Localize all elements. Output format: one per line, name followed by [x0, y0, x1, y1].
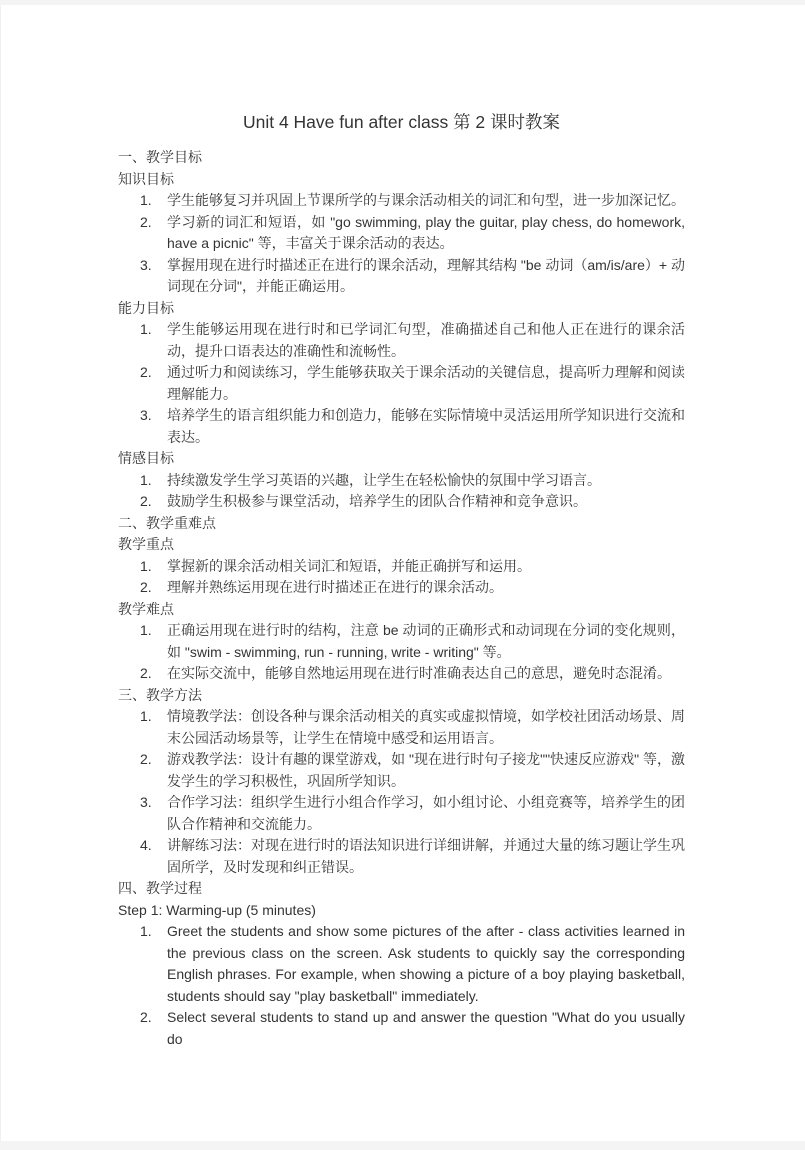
list-item-number: 1. — [140, 706, 167, 749]
list-item-text: 理解并熟练运用现在进行时描述正在进行的课余活动。 — [167, 577, 685, 599]
list-item: 2.Select several students to stand up an… — [118, 1007, 685, 1050]
list-item-number: 2. — [140, 577, 167, 599]
list-item: 1.正确运用现在进行时的结构，注意 be 动词的正确形式和动词现在分词的变化规则… — [118, 620, 685, 663]
list-item-number: 2. — [140, 491, 167, 513]
list-item-number: 1. — [140, 190, 167, 212]
list-item: 3.掌握用现在进行时描述正在进行的课余活动，理解其结构 "be 动词（am/is… — [118, 255, 685, 298]
list-item-text: 游戏教学法：设计有趣的课堂游戏，如 "现在进行时句子接龙""快速反应游戏" 等，… — [167, 749, 685, 792]
list-item: 3.合作学习法：组织学生进行小组合作学习，如小组讨论、小组竞赛等，培养学生的团队… — [118, 792, 685, 835]
list-item-number: 2. — [140, 749, 167, 792]
paragraph: 教学重点 — [118, 534, 685, 556]
list-item: 2.学习新的词汇和短语，如 "go swimming, play the gui… — [118, 212, 685, 255]
list-item: 1.学生能够运用现在进行时和已学词汇句型，准确描述自己和他人正在进行的课余活动，… — [118, 319, 685, 362]
list-item-text: 正确运用现在进行时的结构，注意 be 动词的正确形式和动词现在分词的变化规则，如… — [167, 620, 685, 663]
list-item-number: 1. — [140, 921, 167, 1007]
list-item-text: 掌握用现在进行时描述正在进行的课余活动，理解其结构 "be 动词（am/is/a… — [167, 255, 685, 298]
list-item: 2.游戏教学法：设计有趣的课堂游戏，如 "现在进行时句子接龙""快速反应游戏" … — [118, 749, 685, 792]
list-item-number: 2. — [140, 1007, 167, 1050]
list-item-number: 1. — [140, 556, 167, 578]
list-item-text: 讲解练习法：对现在进行时的语法知识进行详细讲解，并通过大量的练习题让学生巩固所学… — [167, 835, 685, 878]
list-item-number: 4. — [140, 835, 167, 878]
list-item-number: 3. — [140, 255, 167, 298]
list-item-text: Greet the students and show some picture… — [167, 921, 685, 1007]
list-item-number: 2. — [140, 362, 167, 405]
list-item-text: 学习新的词汇和短语，如 "go swimming, play the guita… — [167, 212, 685, 255]
document-body: Unit 4 Have fun after class 第 2 课时教案 一、教… — [1, 5, 805, 1050]
document-title: Unit 4 Have fun after class 第 2 课时教案 — [118, 110, 685, 134]
list-item-text: 合作学习法：组织学生进行小组合作学习，如小组讨论、小组竞赛等，培养学生的团队合作… — [167, 792, 685, 835]
list-item-number: 2. — [140, 663, 167, 685]
list-item: 2.通过听力和阅读练习，学生能够获取关于课余活动的关键信息，提高听力理解和阅读理… — [118, 362, 685, 405]
list-item-text: 情境教学法：创设各种与课余活动相关的真实或虚拟情境，如学校社团活动场景、周末公园… — [167, 706, 685, 749]
list-item-number: 2. — [140, 212, 167, 255]
paragraph: 二、教学重难点 — [118, 513, 685, 535]
list-item: 1.持续激发学生学习英语的兴趣，让学生在轻松愉快的氛围中学习语言。 — [118, 470, 685, 492]
list-item-text: 鼓励学生积极参与课堂活动，培养学生的团队合作精神和竞争意识。 — [167, 491, 685, 513]
list-item-number: 3. — [140, 792, 167, 835]
document-page: Unit 4 Have fun after class 第 2 课时教案 一、教… — [0, 5, 805, 1141]
list-item: 4.讲解练习法：对现在进行时的语法知识进行详细讲解，并通过大量的练习题让学生巩固… — [118, 835, 685, 878]
list-item-number: 1. — [140, 319, 167, 362]
list-item-number: 3. — [140, 405, 167, 448]
list-item-number: 1. — [140, 620, 167, 663]
list-item-text: Select several students to stand up and … — [167, 1007, 685, 1050]
list-item: 2.在实际交流中，能够自然地运用现在进行时准确表达自己的意思，避免时态混淆。 — [118, 663, 685, 685]
list-item-text: 在实际交流中，能够自然地运用现在进行时准确表达自己的意思，避免时态混淆。 — [167, 663, 685, 685]
paragraph: 三、教学方法 — [118, 685, 685, 707]
list-item-text: 学生能够运用现在进行时和已学词汇句型，准确描述自己和他人正在进行的课余活动，提升… — [167, 319, 685, 362]
list-item: 3.培养学生的语言组织能力和创造力，能够在实际情境中灵活运用所学知识进行交流和表… — [118, 405, 685, 448]
paragraph: 四、教学过程 — [118, 878, 685, 900]
list-item-text: 持续激发学生学习英语的兴趣，让学生在轻松愉快的氛围中学习语言。 — [167, 470, 685, 492]
list-item-text: 掌握新的课余活动相关词汇和短语，并能正确拼写和运用。 — [167, 556, 685, 578]
list-item: 1.情境教学法：创设各种与课余活动相关的真实或虚拟情境，如学校社团活动场景、周末… — [118, 706, 685, 749]
list-item-text: 学生能够复习并巩固上节课所学的与课余活动相关的词汇和句型，进一步加深记忆。 — [167, 190, 685, 212]
list-item: 1.学生能够复习并巩固上节课所学的与课余活动相关的词汇和句型，进一步加深记忆。 — [118, 190, 685, 212]
list-item-text: 通过听力和阅读练习，学生能够获取关于课余活动的关键信息，提高听力理解和阅读理解能… — [167, 362, 685, 405]
paragraph: Step 1: Warming-up (5 minutes) — [118, 900, 685, 922]
list-item: 1.Greet the students and show some pictu… — [118, 921, 685, 1007]
list-item: 2.鼓励学生积极参与课堂活动，培养学生的团队合作精神和竞争意识。 — [118, 491, 685, 513]
paragraph: 一、教学目标 — [118, 147, 685, 169]
document-blocks: 一、教学目标知识目标1.学生能够复习并巩固上节课所学的与课余活动相关的词汇和句型… — [118, 147, 685, 1050]
list-item: 1.掌握新的课余活动相关词汇和短语，并能正确拼写和运用。 — [118, 556, 685, 578]
paragraph: 能力目标 — [118, 298, 685, 320]
paragraph: 情感目标 — [118, 448, 685, 470]
list-item: 2.理解并熟练运用现在进行时描述正在进行的课余活动。 — [118, 577, 685, 599]
paragraph: 教学难点 — [118, 599, 685, 621]
list-item-number: 1. — [140, 470, 167, 492]
paragraph: 知识目标 — [118, 169, 685, 191]
list-item-text: 培养学生的语言组织能力和创造力，能够在实际情境中灵活运用所学知识进行交流和表达。 — [167, 405, 685, 448]
